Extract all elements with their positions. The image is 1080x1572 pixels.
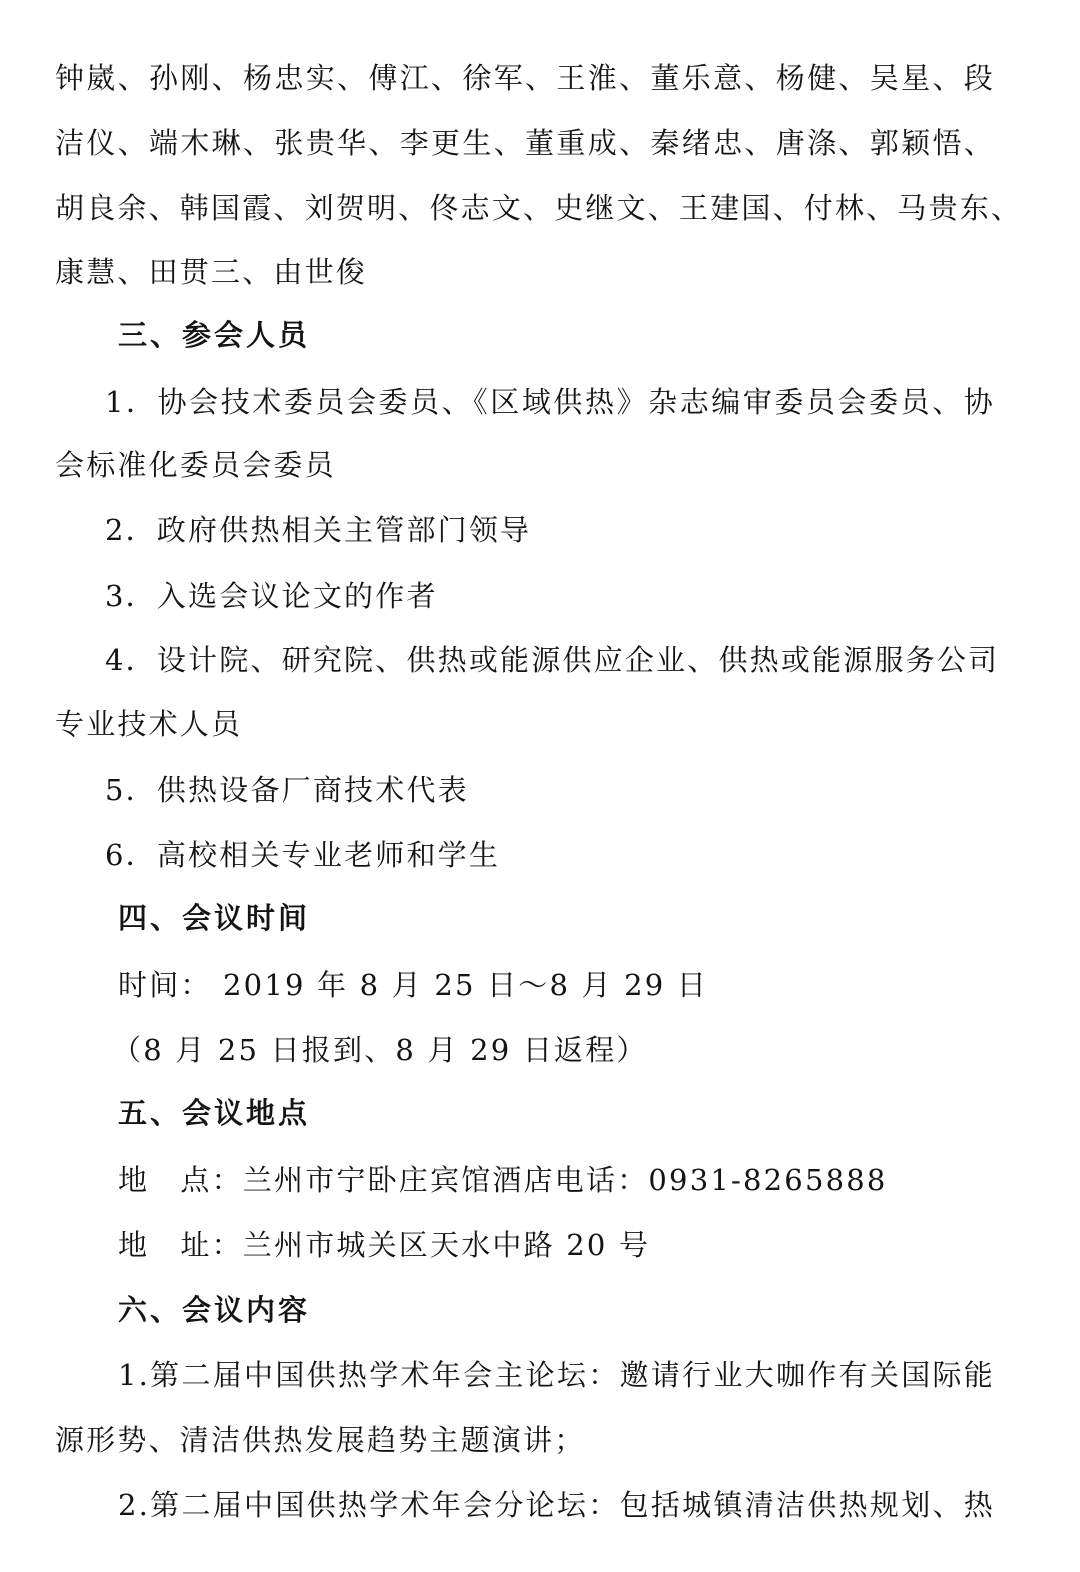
content-item-1-line-2: 源形势、清洁供热发展趋势主题演讲； [55,1420,1015,1460]
attendee-item-1-line-1: 1．协会技术委员会委员、《区域供热》杂志编审委员会委员、协 [105,382,995,422]
meeting-location: 地 点：兰州市宁卧庄宾馆酒店电话：0931-8265888 [118,1160,1078,1200]
section-heading-meeting-location: 五、会议地点 [118,1093,1078,1133]
section-heading-meeting-time: 四、会议时间 [118,898,1078,938]
content-item-2-line-1: 2.第二届中国供热学术年会分论坛：包括城镇清洁供热规划、热 [118,1485,995,1525]
document-page: 钟崴、孙刚、杨忠实、傅江、徐军、王淮、董乐意、杨健、吴星、段 洁仪、端木琳、张贵… [0,0,1080,1572]
attendee-item-6: 6．高校相关专业老师和学生 [105,835,1065,875]
section-heading-meeting-content: 六、会议内容 [118,1290,1078,1330]
attendee-item-3: 3．入选会议论文的作者 [105,576,1065,616]
attendee-item-4-line-2: 专业技术人员 [55,704,1015,744]
attendee-item-4-line-1: 4．设计院、研究院、供热或能源供应企业、供热或能源服务公司 [105,640,995,680]
section-heading-attendees: 三、参会人员 [118,315,1078,355]
attendee-item-1-line-2: 会标准化委员会委员 [55,445,1015,485]
names-line-3: 胡良余、韩国霞、刘贺明、佟志文、史继文、王建国、付林、马贵东、 [55,188,995,228]
names-line-1: 钟崴、孙刚、杨忠实、傅江、徐军、王淮、董乐意、杨健、吴星、段 [55,58,995,98]
meeting-address: 地 址：兰州市城关区天水中路 20 号 [118,1225,1078,1265]
meeting-time: 时间： 2019 年 8 月 25 日～8 月 29 日 [118,965,1078,1005]
attendee-item-2: 2．政府供热相关主管部门领导 [105,510,1065,550]
names-line-2: 洁仪、端木琳、张贵华、李更生、董重成、秦绪忠、唐涤、郭颖悟、 [55,123,995,163]
names-line-4: 康慧、田贯三、由世俊 [55,252,1015,292]
attendee-item-5: 5．供热设备厂商技术代表 [105,770,1065,810]
meeting-time-note: （8 月 25 日报到、8 月 29 日返程） [112,1030,1072,1070]
content-item-1-line-1: 1.第二届中国供热学术年会主论坛：邀请行业大咖作有关国际能 [118,1355,995,1395]
